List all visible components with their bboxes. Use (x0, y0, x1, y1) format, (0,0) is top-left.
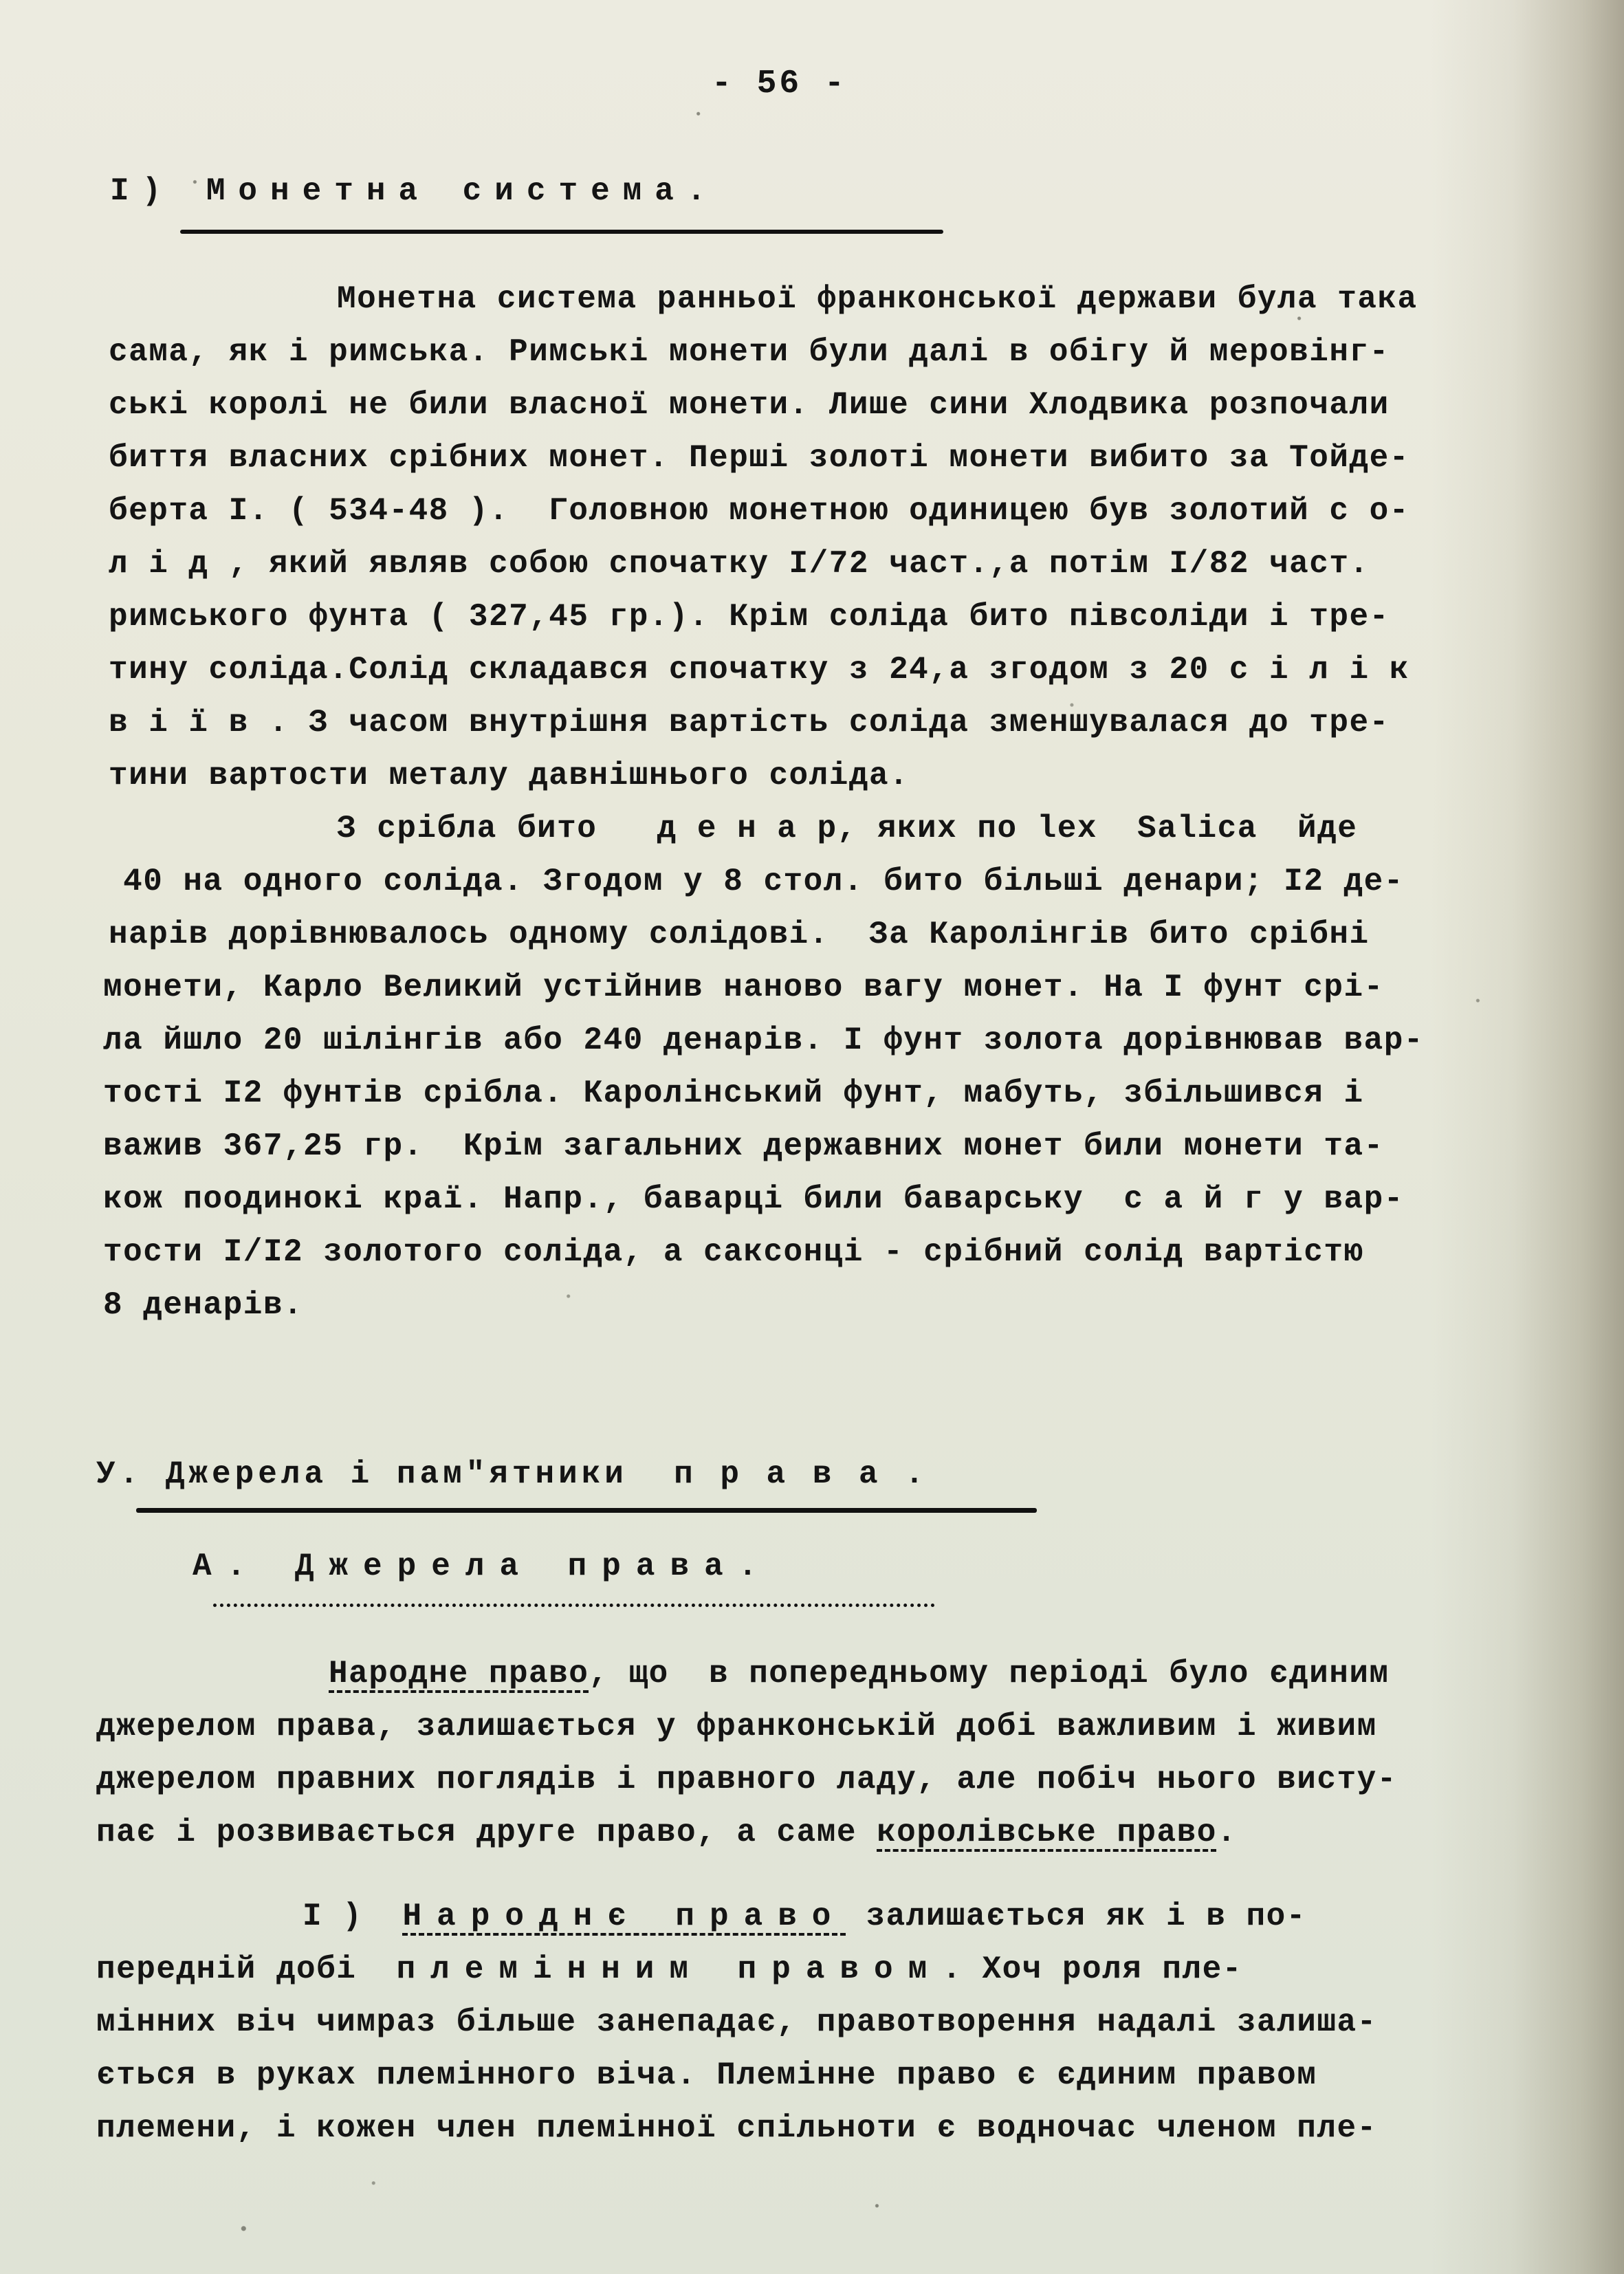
text-line: I ) Народнє право залишається як і в по- (303, 1896, 1306, 1937)
text-line: тости I/I2 золотого соліда, а саксонці -… (103, 1232, 1364, 1273)
text-line: З срібла бито д е н а р, яких по lex Sal… (337, 808, 1357, 849)
text-line: берта I. ( 534-48 ). Головною монетною о… (109, 490, 1409, 532)
text-line: джерелом права, залишається у франконськ… (96, 1706, 1377, 1747)
text-line: мінних віч чимраз більше занепадає, прав… (96, 2002, 1377, 2043)
text-line: Народне право, що в попередньому періоді… (329, 1653, 1390, 1694)
text-line: джерелом правних поглядів і правного лад… (96, 1759, 1397, 1800)
text-line: важив 367,25 гр. Крім загальних державни… (103, 1126, 1384, 1167)
text-span: пає і розвивається друге право, а саме (96, 1815, 877, 1850)
text-span: . Хоч роля пле- (942, 1952, 1242, 1987)
subheading-underline (213, 1604, 935, 1607)
text-line: ється в руках племінного віча. Племінне … (96, 2055, 1317, 2096)
underlined-term-folk-law-spaced: Народнє право (403, 1899, 846, 1934)
text-line: передній добі племінним правом. Хоч роля… (96, 1949, 1242, 1990)
underlined-term-folk-law: Народне право (329, 1656, 589, 1692)
text-line: ла йшло 20 шілінгів або 240 денарів. I ф… (103, 1020, 1424, 1061)
text-line: л і д , який являв собою спочатку I/72 ч… (109, 543, 1370, 584)
underlined-term-royal-law: королівське право (877, 1815, 1217, 1850)
text-line: кож поодинокі краї. Напр., баварці били … (103, 1179, 1404, 1220)
section-heading-coin-system: I) Монетна система. (110, 171, 719, 212)
text-line: тості I2 фунтів срібла. Каролінський фун… (103, 1073, 1364, 1114)
text-line: тину соліда.Солід складався спочатку з 2… (109, 649, 1409, 690)
text-line: сама, як і римська. Римські монети були … (109, 331, 1390, 373)
text-line: монети, Карло Великий устійнив наново ва… (103, 967, 1384, 1008)
page-number: - 56 - (712, 65, 847, 102)
spaced-phrase-tribal-law: племінним правом (397, 1952, 943, 1987)
text-line: нарів дорівнювалось одному солідові. За … (109, 914, 1370, 955)
subheading-sources-of-law: А. Джерела права. (193, 1546, 772, 1587)
text-span: залишається як і в по- (846, 1899, 1306, 1934)
section-heading-sources-of-law: У. Джерела і пам"ятники п р а в а . (96, 1454, 928, 1495)
heading-underline (180, 230, 943, 234)
text-line: тини вартости металу давнішнього соліда. (109, 755, 909, 796)
text-line: 40 на одного соліда. Згодом у 8 стол. би… (103, 861, 1404, 902)
text-line: пає і розвивається друге право, а саме к… (96, 1812, 1237, 1853)
text-line: римського фунта ( 327,45 гр.). Крім солі… (109, 596, 1390, 637)
text-span: передній добі (96, 1952, 397, 1987)
heading-underline (136, 1508, 1037, 1513)
text-span: , що в попередньому періоді було єдиним (589, 1656, 1389, 1692)
text-line: ські королі не били власної монети. Лише… (109, 384, 1390, 426)
text-line: племени, і кожен член племінної спільнот… (96, 2108, 1377, 2149)
list-number: I ) (303, 1899, 362, 1934)
document-page: - 56 - I) Монетна система. Монетна систе… (0, 0, 1624, 2274)
text-span: . (1217, 1815, 1237, 1850)
text-line: 8 денарів. (103, 1284, 303, 1326)
text-line: биття власних срібних монет. Перші золот… (109, 437, 1409, 479)
text-line: в і ї в . З часом внутрішня вартість сол… (109, 702, 1390, 743)
text-line: Монетна система ранньої франконської дер… (337, 278, 1418, 320)
